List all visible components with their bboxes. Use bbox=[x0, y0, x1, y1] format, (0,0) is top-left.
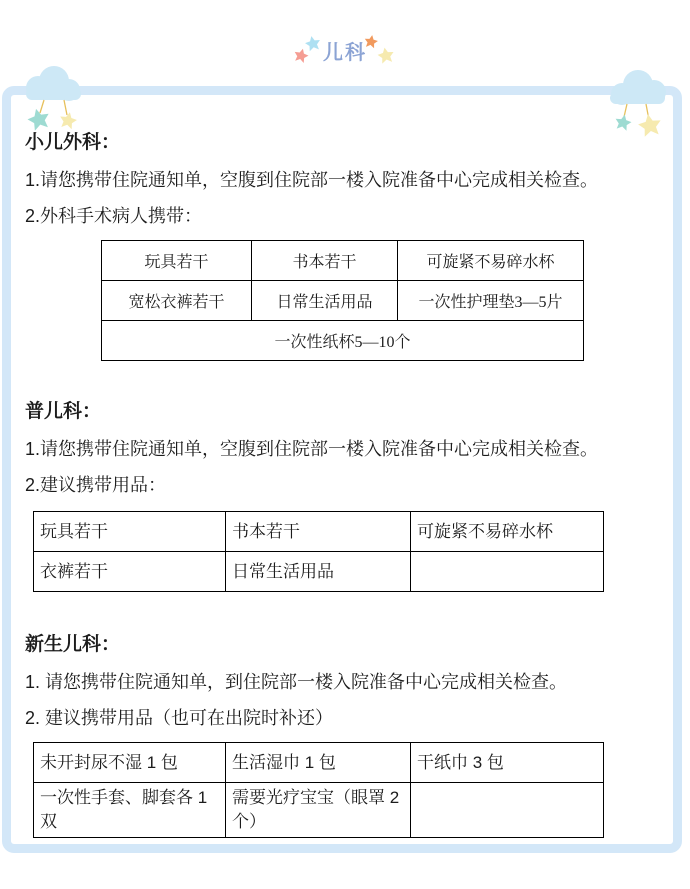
table-cell: 宽松衣裤若干 bbox=[102, 281, 252, 321]
table-cell bbox=[411, 552, 604, 592]
instruction-line: 1. 请您携带住院通知单，到住院部一楼入院准备中心完成相关检查。 bbox=[25, 670, 660, 694]
table-cell bbox=[411, 783, 604, 838]
table-row: 一次性纸杯5—10个 bbox=[102, 321, 584, 361]
instruction-line: 2. 建议携带用品（也可在出院时补还） bbox=[25, 706, 660, 730]
notice-content: 小儿外科： 1.请您携带住院通知单，空腹到住院部一楼入院准备中心完成相关检查。 … bbox=[25, 0, 660, 838]
section-general-pediatrics: 普儿科： 1.请您携带住院通知单，空腹到住院部一楼入院准备中心完成相关检查。 2… bbox=[25, 399, 660, 592]
table-row: 玩具若干 书本若干 可旋紧不易碎水杯 bbox=[34, 512, 604, 552]
table-cell: 玩具若干 bbox=[102, 241, 252, 281]
section-heading: 普儿科： bbox=[25, 399, 660, 425]
table-cell: 日常生活用品 bbox=[252, 281, 398, 321]
table-cell: 日常生活用品 bbox=[226, 552, 411, 592]
section-pediatric-surgery: 小儿外科： 1.请您携带住院通知单，空腹到住院部一楼入院准备中心完成相关检查。 … bbox=[25, 130, 660, 361]
table-cell: 生活湿巾 1 包 bbox=[226, 743, 411, 783]
table-row: 玩具若干 书本若干 可旋紧不易碎水杯 bbox=[102, 241, 584, 281]
section-neonatology: 新生儿科： 1. 请您携带住院通知单，到住院部一楼入院准备中心完成相关检查。 2… bbox=[25, 632, 660, 838]
instruction-line: 1.请您携带住院通知单，空腹到住院部一楼入院准备中心完成相关检查。 bbox=[25, 168, 660, 192]
general-items-table: 玩具若干 书本若干 可旋紧不易碎水杯 衣裤若干 日常生活用品 bbox=[33, 511, 604, 592]
table-cell: 干纸巾 3 包 bbox=[411, 743, 604, 783]
table-cell: 玩具若干 bbox=[34, 512, 226, 552]
table-row: 宽松衣裤若干 日常生活用品 一次性护理垫3—5片 bbox=[102, 281, 584, 321]
table-row: 一次性手套、脚套各 1 双 需要光疗宝宝（眼罩 2 个） bbox=[34, 783, 604, 838]
table-cell: 可旋紧不易碎水杯 bbox=[398, 241, 584, 281]
instruction-line: 1.请您携带住院通知单，空腹到住院部一楼入院准备中心完成相关检查。 bbox=[25, 437, 660, 461]
section-heading: 小儿外科： bbox=[25, 130, 660, 156]
surgery-items-table: 玩具若干 书本若干 可旋紧不易碎水杯 宽松衣裤若干 日常生活用品 一次性护理垫3… bbox=[101, 240, 584, 361]
table-cell: 书本若干 bbox=[252, 241, 398, 281]
neonatology-items-table: 未开封尿不湿 1 包 生活湿巾 1 包 干纸巾 3 包 一次性手套、脚套各 1 … bbox=[33, 742, 604, 838]
section-heading: 新生儿科： bbox=[25, 632, 660, 658]
table-cell: 可旋紧不易碎水杯 bbox=[411, 512, 604, 552]
instruction-line: 2.建议携带用品： bbox=[25, 473, 660, 497]
table-cell: 一次性手套、脚套各 1 双 bbox=[34, 783, 226, 838]
instruction-line: 2.外科手术病人携带： bbox=[25, 204, 660, 228]
table-cell: 书本若干 bbox=[226, 512, 411, 552]
table-cell-merged: 一次性纸杯5—10个 bbox=[102, 321, 584, 361]
table-row: 未开封尿不湿 1 包 生活湿巾 1 包 干纸巾 3 包 bbox=[34, 743, 604, 783]
table-cell: 未开封尿不湿 1 包 bbox=[34, 743, 226, 783]
table-cell: 衣裤若干 bbox=[34, 552, 226, 592]
table-row: 衣裤若干 日常生活用品 bbox=[34, 552, 604, 592]
table-cell: 一次性护理垫3—5片 bbox=[398, 281, 584, 321]
table-cell: 需要光疗宝宝（眼罩 2 个） bbox=[226, 783, 411, 838]
